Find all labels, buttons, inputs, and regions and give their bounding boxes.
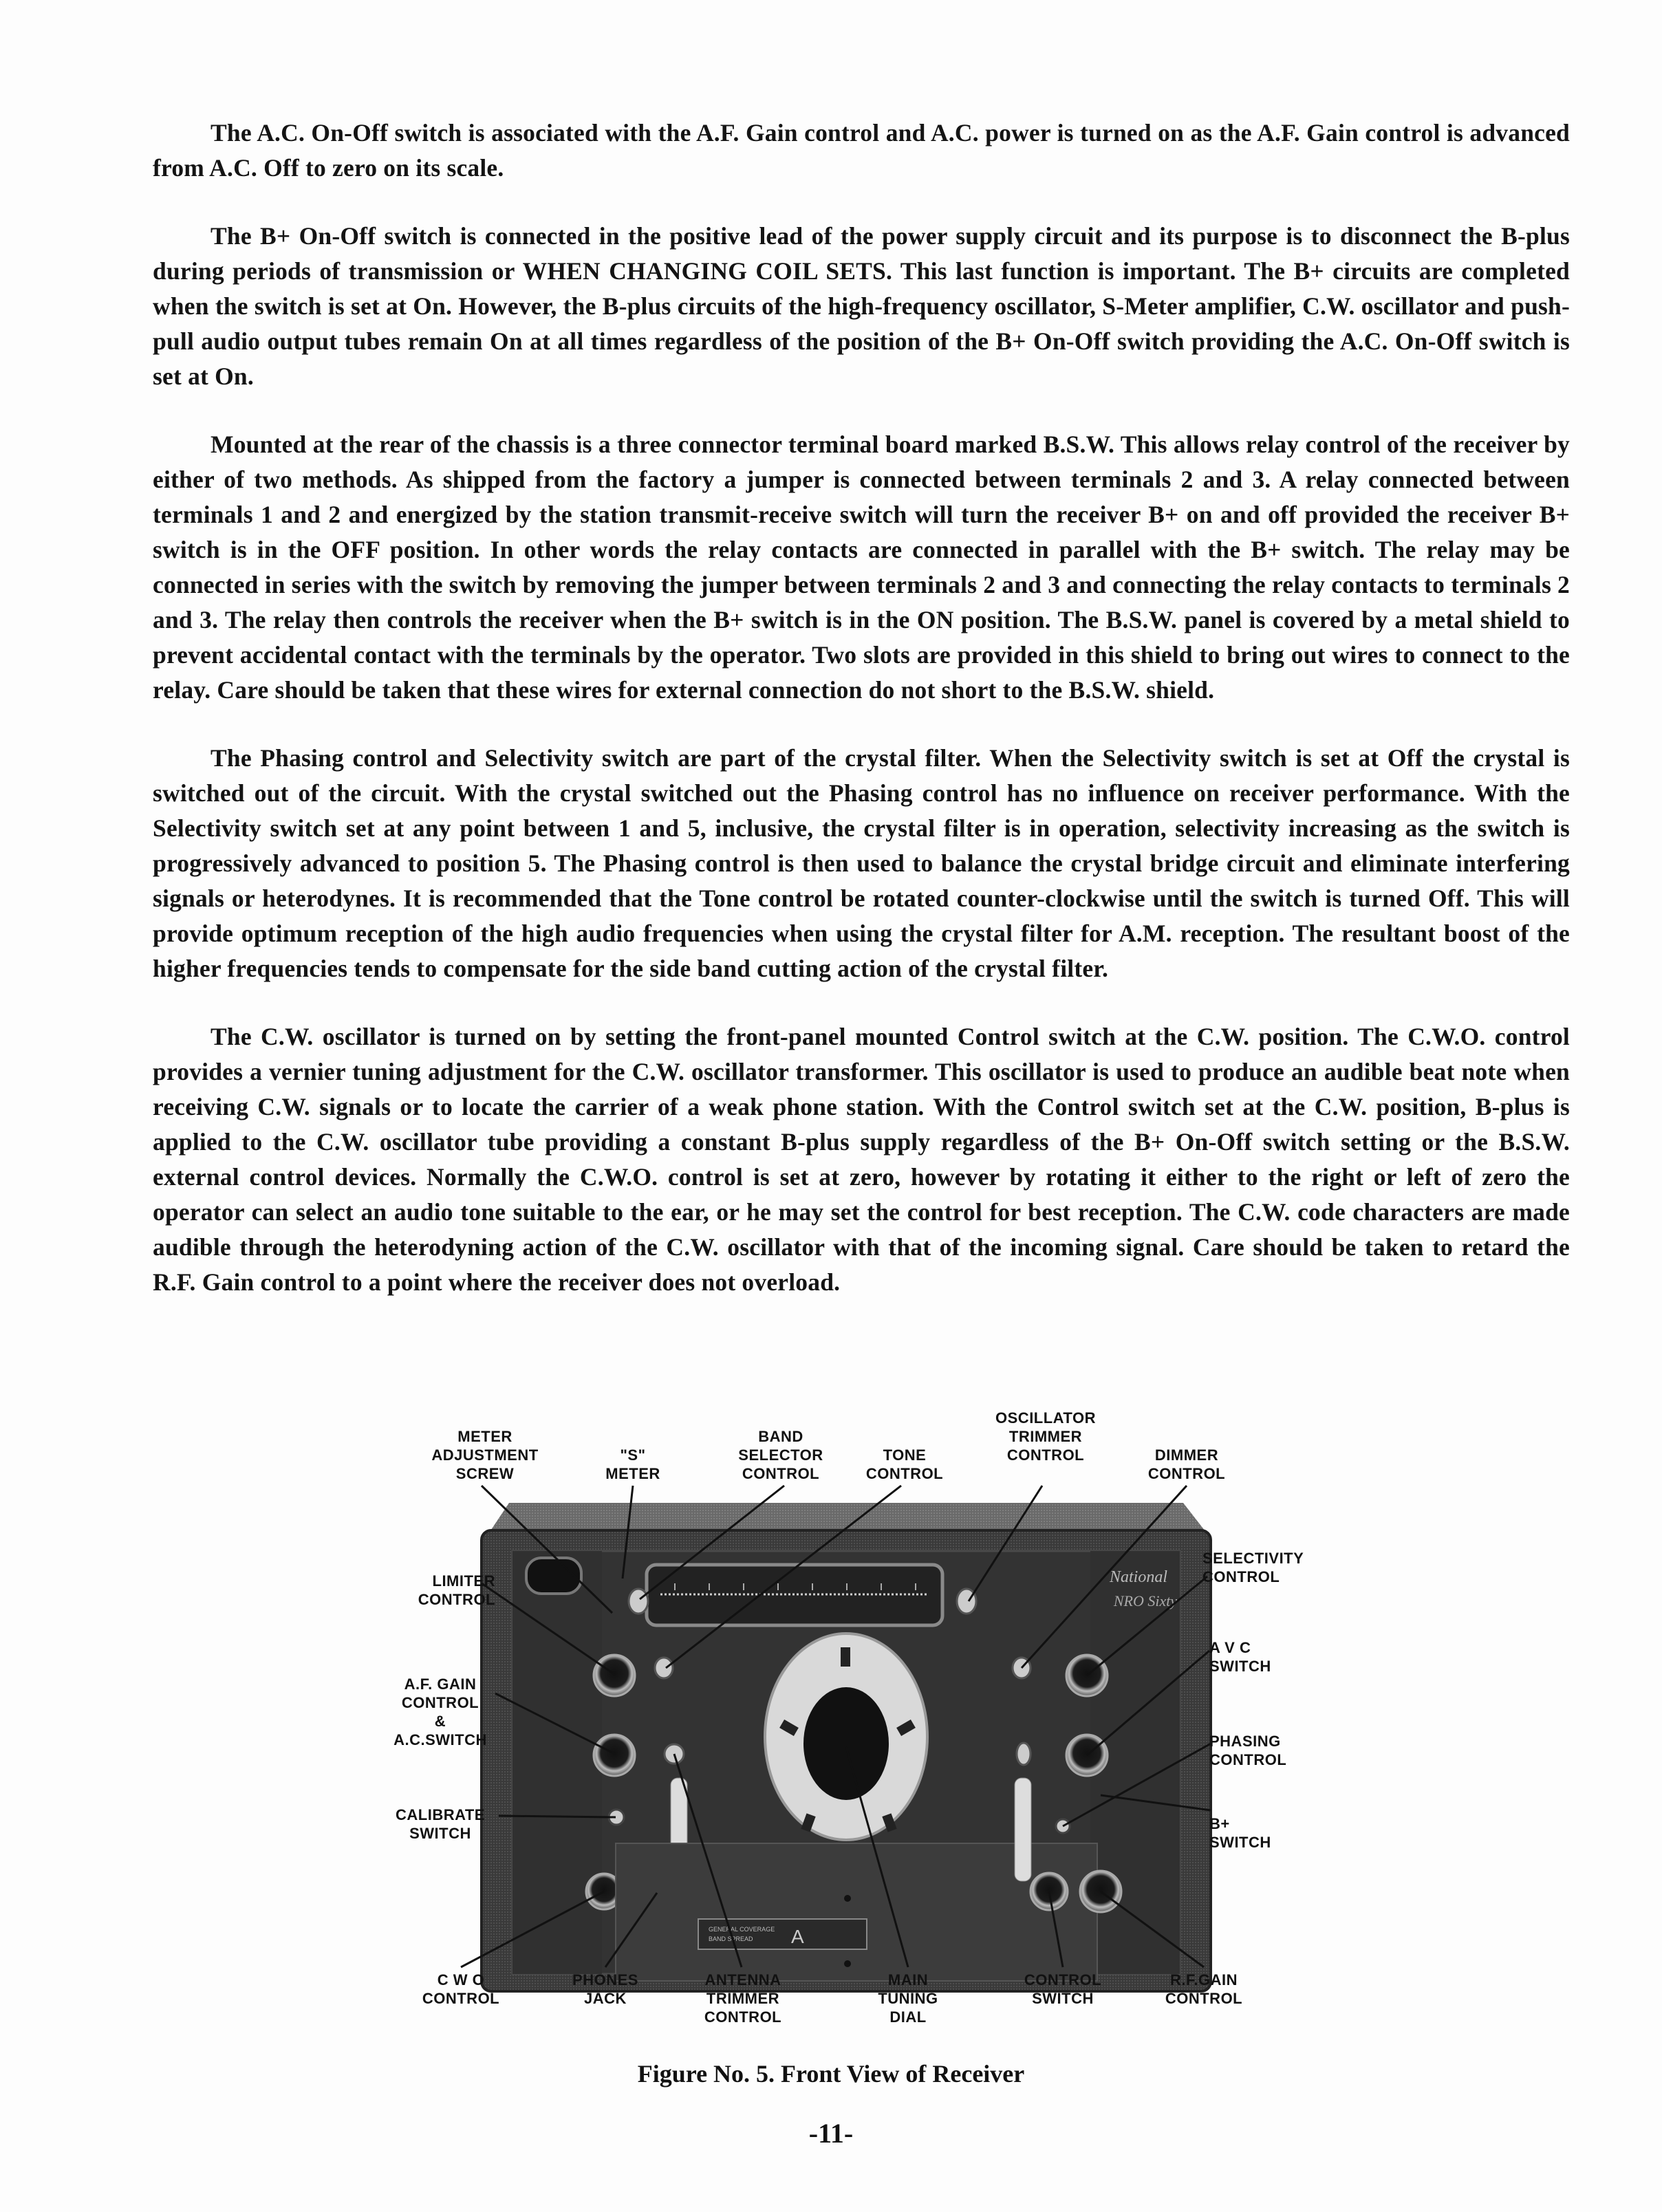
label-meter-adjustment-screw: METER ADJUSTMENT SCREW xyxy=(423,1427,547,1483)
svg-text:National: National xyxy=(1109,1568,1167,1586)
label-cwo-control: C W O CONTROL xyxy=(413,1971,509,2008)
paragraph-cw-oscillator: The C.W. oscillator is turned on by sett… xyxy=(153,1019,1570,1300)
label-main-tuning-dial: MAIN TUNING DIAL xyxy=(863,1971,953,2026)
label-band-selector-control: BAND SELECTOR CONTROL xyxy=(726,1427,836,1483)
label-avc-switch: A V C SWITCH xyxy=(1209,1638,1306,1676)
label-antenna-trimmer-control: ANTENNA TRIMMER CONTROL xyxy=(691,1971,795,2026)
label-tone-control: TONE CONTROL xyxy=(856,1446,953,1483)
label-calibrate-switch: CALIBRATE SWITCH xyxy=(385,1806,495,1843)
paragraph-bsw-terminal: Mounted at the rear of the chassis is a … xyxy=(153,427,1570,708)
figure-caption: Figure No. 5. Front View of Receiver xyxy=(0,2059,1662,2088)
receiver-figure: National NRO Sixty xyxy=(385,1424,1307,2043)
svg-text:NRO Sixty: NRO Sixty xyxy=(1113,1592,1177,1609)
paragraph-phasing-selectivity: The Phasing control and Selectivity swit… xyxy=(153,741,1570,986)
label-selectivity-control: SELECTIVITY CONTROL xyxy=(1202,1549,1313,1586)
paragraph-ac-switch: The A.C. On-Off switch is associated wit… xyxy=(153,116,1570,186)
page-number: -11- xyxy=(0,2117,1662,2149)
paragraph-b-plus-switch: The B+ On-Off switch is connected in the… xyxy=(153,219,1570,394)
label-oscillator-trimmer-control: OSCILLATOR TRIMMER CONTROL xyxy=(984,1409,1108,1464)
manual-page: The A.C. On-Off switch is associated wit… xyxy=(0,0,1662,2212)
label-rf-gain-control: R.F.GAIN CONTROL xyxy=(1156,1971,1252,2008)
label-dimmer-control: DIMMER CONTROL xyxy=(1138,1446,1235,1483)
band-plate-text: GENERAL COVERAGE xyxy=(709,1926,775,1933)
label-af-gain-ac-switch: A.F. GAIN CONTROL & A.C.SWITCH xyxy=(385,1675,495,1749)
receiver-photo: National NRO Sixty xyxy=(385,1424,1307,2043)
label-phasing-control: PHASING CONTROL xyxy=(1209,1732,1306,1769)
band-letter: A xyxy=(791,1926,804,1947)
label-limiter-control: LIMITER CONTROL xyxy=(385,1572,495,1609)
label-phones-jack: PHONES JACK xyxy=(561,1971,650,2008)
body-text: The A.C. On-Off switch is associated wit… xyxy=(153,116,1570,1333)
label-s-meter: "S" METER xyxy=(592,1446,674,1483)
label-control-switch: CONTROL SWITCH xyxy=(1015,1971,1111,2008)
label-b-plus-switch: B+ SWITCH xyxy=(1209,1814,1306,1852)
